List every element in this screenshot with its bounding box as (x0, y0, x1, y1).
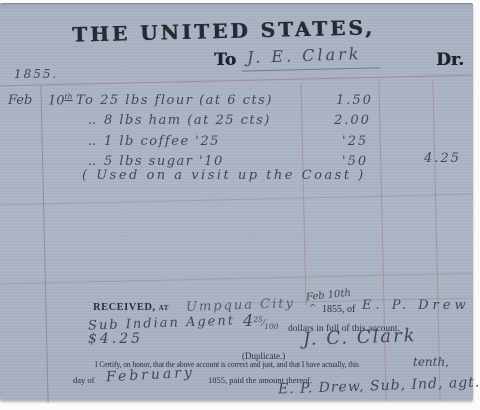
usage-note: ( Used on a visit up the Coast ) (82, 169, 366, 182)
item-day: 10th (48, 93, 73, 107)
column-rule-money-1 (300, 83, 306, 305)
column-rule-date (40, 85, 48, 403)
inserted-date: Feb 10th (306, 289, 352, 304)
ruled-line-mid-1 (0, 194, 473, 206)
item-total: 4.25 (424, 152, 461, 165)
insertion-caret: ^ (309, 305, 317, 314)
item-amount: 1.50 (336, 94, 373, 107)
to-label: To (214, 52, 236, 69)
ditto-mark: .. (88, 155, 96, 168)
payee-underline (242, 67, 380, 71)
column-rule-money-2 (378, 79, 386, 401)
receipt-document: THE UNITED STATES, To J. E. Clark Dr. 18… (0, 3, 473, 400)
payer-name: E. P. Drew (362, 299, 470, 312)
printed-year-of: 1855, of (322, 305, 355, 315)
ditto-mark: .. (88, 114, 96, 127)
received-place: Umpqua City (186, 297, 295, 314)
payer-title: Sub Indian Agent (88, 314, 235, 332)
day-of-label: day of (73, 376, 94, 385)
item-amount: '25 (342, 135, 368, 148)
item-description: 1 lb coffee '25 (104, 135, 220, 148)
item-amount: 2.00 (334, 114, 371, 127)
certification-month-written: February (106, 366, 195, 385)
amount-in-words: 425⁄100 (243, 313, 279, 331)
certification-day-written: tenth, (413, 356, 449, 368)
ruled-line-header (0, 75, 473, 87)
item-month: Feb (8, 94, 32, 107)
item-amount: '50 (342, 155, 368, 168)
dr-label: Dr. (436, 52, 464, 69)
column-rule-money-3 (432, 79, 440, 401)
ruled-line-mid-2 (0, 273, 473, 285)
item-description: 5 lbs sugar '10 (104, 155, 224, 168)
payee-name: J. E. Clark (247, 46, 362, 66)
ditto-mark: .. (88, 135, 96, 148)
item-description: To 25 lbs flour (at 6 cts) (76, 94, 273, 107)
amount-figures: $4.25 (88, 332, 143, 346)
year-heading: 1855. (14, 68, 58, 80)
document-title: THE UNITED STATES, (72, 17, 375, 44)
payee-signature: J. C. Clark (303, 327, 417, 349)
item-description: 8 lbs ham (at 25 cts) (104, 114, 271, 127)
received-label: RECEIVED, at (93, 303, 169, 314)
scanned-receipt-page: { "colors": { "paper": "#aab4c5", "ruled… (0, 0, 480, 410)
